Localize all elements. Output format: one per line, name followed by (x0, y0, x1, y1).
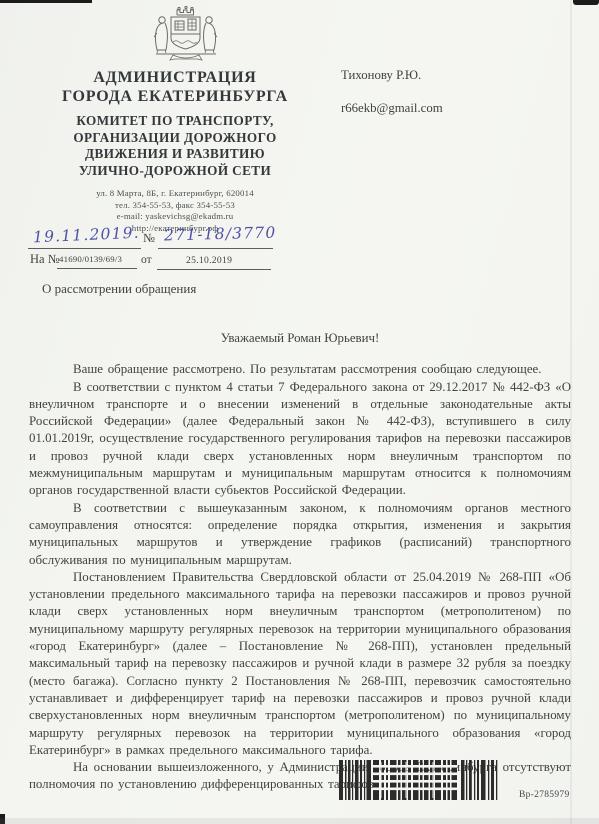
committee-line: ОРГАНИЗАЦИИ ДОРОЖНОГО (20, 130, 330, 147)
recipient-email: r66ekb@gmail.com (341, 101, 443, 116)
incoming-number: 41690/0139/69/3 (59, 254, 122, 264)
underline (158, 248, 273, 249)
org-email: e-mail: yaskevichsg@ekadm.ru (20, 211, 330, 223)
body-paragraph: Постановлением Правительства Свердловско… (29, 569, 571, 759)
committee-line: ДВИЖЕНИЯ И РАЗВИТИЮ (20, 146, 330, 163)
subject-line: О рассмотрении обращения (42, 281, 196, 297)
body-paragraph: Ваше обращение рассмотрено. По результат… (29, 361, 571, 378)
org-phone: тел. 354-55-53, факс 354-55-53 (20, 200, 330, 212)
incoming-ref-label: На № (30, 252, 60, 267)
letter-body: Уважаемый Роман Юрьевич! Ваше обращение … (29, 330, 571, 794)
underline (57, 268, 137, 269)
registration-barcode: Вр-2785979 (339, 760, 577, 804)
underline (28, 248, 141, 249)
salutation: Уважаемый Роман Юрьевич! (29, 330, 571, 347)
body-paragraph: В соответствии с пунктом 4 статьи 7 Феде… (29, 379, 571, 500)
org-name-line2: ГОРОДА ЕКАТЕРИНБУРГА (20, 87, 330, 106)
body-paragraph: В соответствии с вышеуказанным законом, … (29, 500, 571, 569)
scanned-letter-page: АДМИНИСТРАЦИЯ ГОРОДА ЕКАТЕРИНБУРГА КОМИТ… (0, 0, 599, 824)
handwritten-outgoing-number: 271-18/3770 (164, 224, 277, 245)
scan-artifact (573, 0, 599, 5)
barcode-icon (339, 760, 499, 800)
scan-artifact (0, 0, 92, 3)
org-address: ул. 8 Марта, 8Б, г. Екатеринбург, 620014 (20, 188, 330, 200)
handwritten-date: 19.11.2019. (33, 224, 141, 247)
coat-of-arms-icon (141, 5, 231, 67)
sender-org-block: АДМИНИСТРАЦИЯ ГОРОДА ЕКАТЕРИНБУРГА КОМИТ… (20, 68, 330, 234)
number-sign-label: № (143, 231, 155, 246)
incoming-date: 25.10.2019 (186, 255, 232, 266)
from-label: от (141, 254, 152, 266)
barcode-code-label: Вр-2785979 (519, 790, 570, 800)
committee-line: КОМИТЕТ ПО ТРАНСПОРТУ, (20, 113, 330, 130)
committee-line: УЛИЧНО-ДОРОЖНОЙ СЕТИ (20, 163, 330, 180)
underline (157, 269, 271, 270)
recipient-name: Тихонову Р.Ю. (341, 68, 443, 83)
org-name-line1: АДМИНИСТРАЦИЯ (20, 68, 330, 87)
scan-shadow (0, 818, 599, 824)
recipient-block: Тихонову Р.Ю. r66ekb@gmail.com (341, 68, 443, 116)
